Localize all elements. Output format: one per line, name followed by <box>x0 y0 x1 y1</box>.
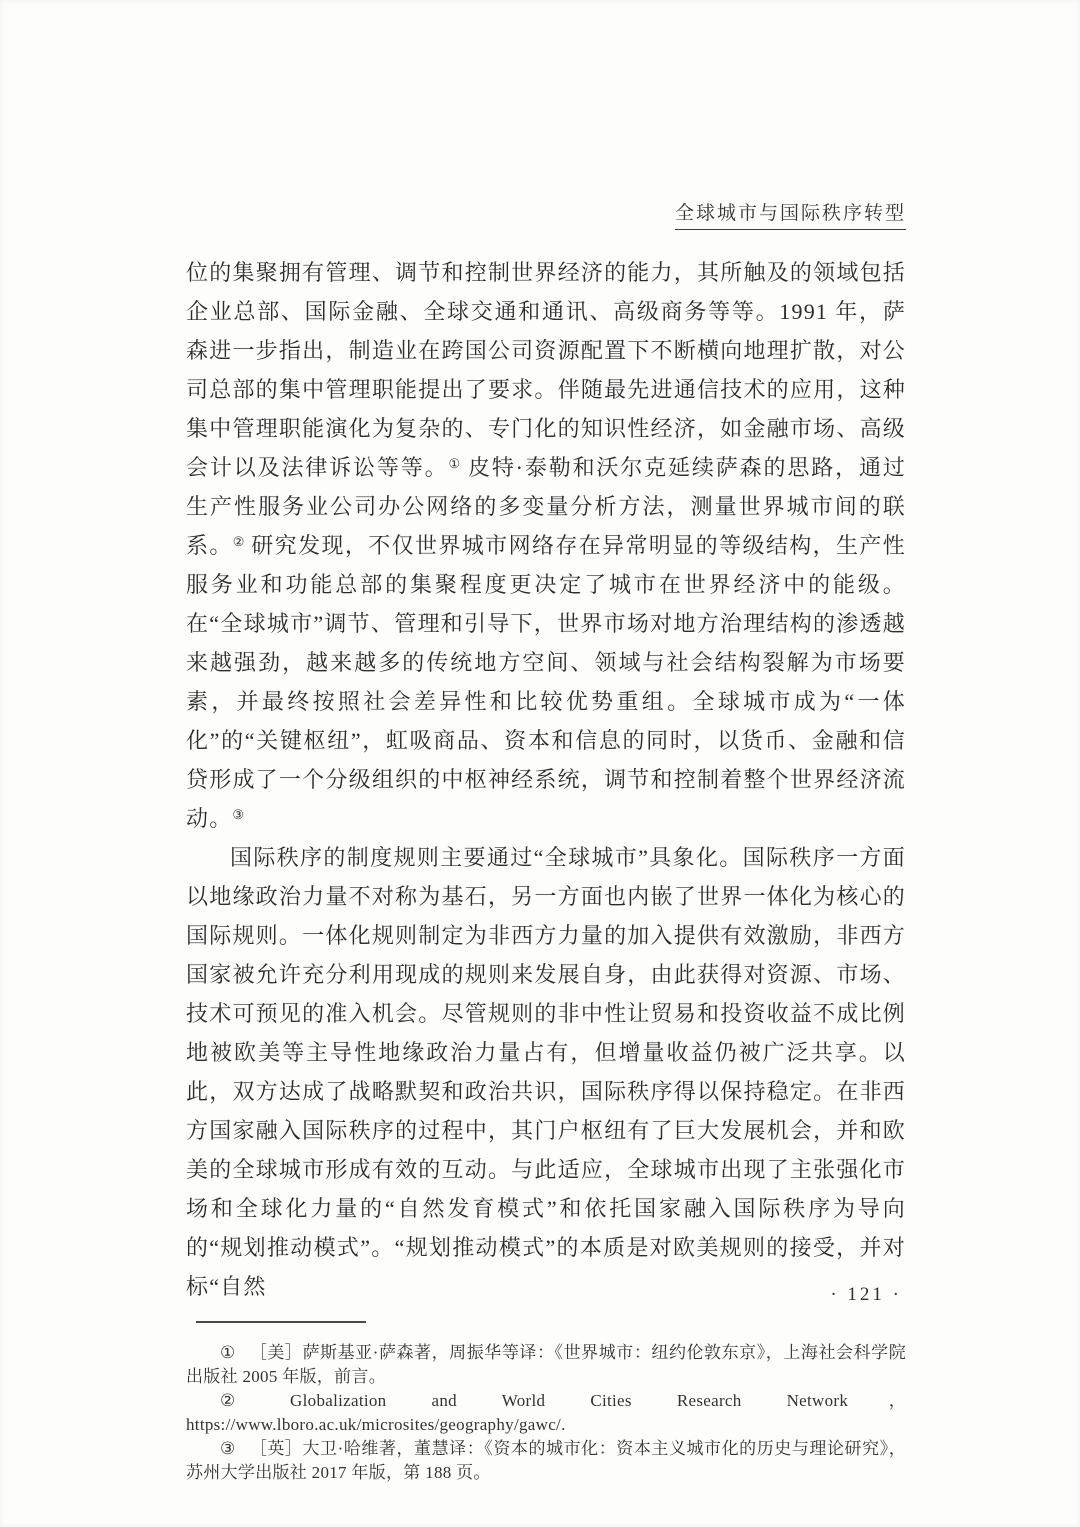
content-area: 全球城市与国际秩序转型 位的集聚拥有管理、调节和控制世界经济的能力，其所触及的领… <box>186 198 906 1485</box>
footnote-separator <box>196 1321 366 1323</box>
running-head-title: 全球城市与国际秩序转型 <box>675 198 906 230</box>
footnote-2: ②Globalization and World Cities Research… <box>186 1389 906 1437</box>
page-number: · 121 · <box>830 1284 902 1306</box>
footnote-1-marker: ① <box>220 1343 236 1362</box>
footnote-1: ①［美］萨斯基亚·萨森著，周振华等译：《世界城市：纽约伦敦东京》，上海社会科学院… <box>186 1341 906 1389</box>
footnote-3: ③［英］大卫·哈维著，董慧译：《资本的城市化：资本主义城市化的历史与理论研究》，… <box>186 1437 906 1485</box>
footnote-2-marker: ② <box>220 1391 276 1410</box>
footnote-3-text: ［英］大卫·哈维著，董慧译：《资本的城市化：资本主义城市化的历史与理论研究》，苏… <box>186 1439 906 1482</box>
footnote-3-marker: ③ <box>220 1439 236 1458</box>
footnotes: ①［美］萨斯基亚·萨森著，周振华等译：《世界城市：纽约伦敦东京》，上海社会科学院… <box>186 1341 906 1485</box>
running-head: 全球城市与国际秩序转型 <box>186 198 906 230</box>
footnote-2-text: Globalization and World Cities Research … <box>186 1391 906 1434</box>
document-page: 全球城市与国际秩序转型 位的集聚拥有管理、调节和控制世界经济的能力，其所触及的领… <box>0 0 1080 1527</box>
paragraph-continuation: 位的集聚拥有管理、调节和控制世界经济的能力，其所触及的领域包括企业总部、国际金融… <box>186 253 906 838</box>
footnote-1-text: ［美］萨斯基亚·萨森著，周振华等译：《世界城市：纽约伦敦东京》，上海社会科学院出… <box>186 1343 906 1386</box>
paragraph-international-order: 国际秩序的制度规则主要通过“全球城市”具象化。国际秩序一方面以地缘政治力量不对称… <box>186 838 906 1306</box>
article-body: 位的集聚拥有管理、调节和控制世界经济的能力，其所触及的领域包括企业总部、国际金融… <box>186 253 906 1306</box>
